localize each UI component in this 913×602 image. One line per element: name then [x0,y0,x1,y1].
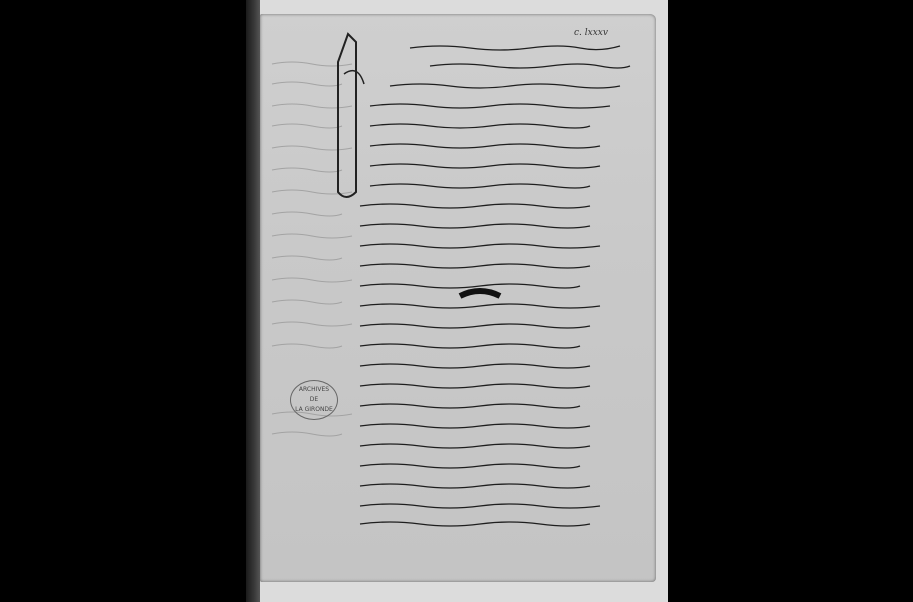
archive-stamp: ARCHIVES DE LA GIRONDE [290,380,338,420]
manuscript-scan: c. lxxxv [246,0,668,602]
image-viewer: c. lxxxv [0,0,913,602]
handwritten-text [260,14,656,582]
manuscript-page: c. lxxxv [260,14,656,582]
book-binding [246,0,260,602]
